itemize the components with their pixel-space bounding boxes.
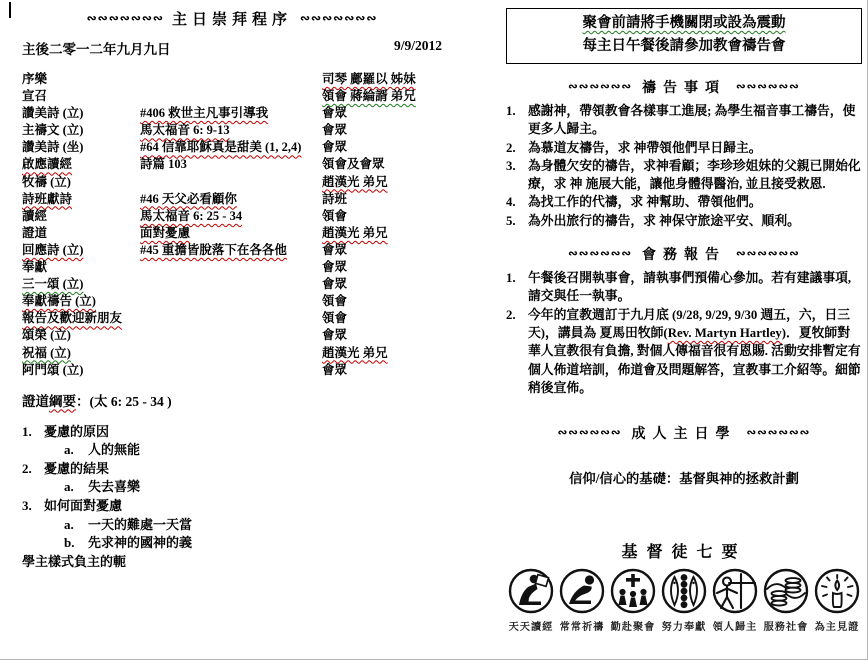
- list-item: 2.為慕道友禱告，求 神帶領他們早日歸主。: [506, 139, 862, 157]
- page-title: ∾∾∾∾∾∾∾主日崇拜程序∾∾∾∾∾∾∾: [22, 8, 442, 29]
- wave-ornament: ∾∾∾∾∾∾: [568, 81, 632, 93]
- program-row: 回應詩 (立)#45 重擔皆脫落下在各各他會眾: [22, 242, 442, 259]
- outline-footer: 學主樣式負主的軛: [22, 553, 442, 572]
- date-chinese: 主後二零一二年九月九日: [22, 38, 171, 58]
- read-bible-icon: [507, 567, 555, 615]
- report-list: 1.午餐後召開執事會，請執事們預備心參加。若有建議事項, 請交與任一執事。 2.…: [506, 269, 862, 397]
- list-item: 1.感謝神，帶領教會各樣事工進展; 為學生福音事工禱告，使更多人歸主。: [506, 102, 862, 139]
- date-numeric: 9/9/2012: [394, 38, 442, 58]
- essential-offering: 努力奉獻: [659, 567, 709, 633]
- essential-label: 常常祈禱: [560, 618, 605, 633]
- notice-box: 聚會前請將手機關閉或設為震動 每主日午餐後請參加教會禱告會: [506, 8, 862, 64]
- worship-program-column: ∾∾∾∾∾∾∾主日崇拜程序∾∾∾∾∾∾∾ 主後二零一二年九月九日 9/9/201…: [22, 8, 442, 571]
- essential-label: 天天讀經: [509, 618, 554, 633]
- program-row: 主禱文 (立)馬太福音 6: 9-13會眾: [22, 122, 442, 139]
- program-row: 讀經馬太福音 6: 25 - 34領會: [22, 208, 442, 225]
- list-item: 5.為外出旅行的禱告，求 神保守旅途平安、順利。: [506, 212, 862, 230]
- program-table: 序樂司琴 鄺羅以 姊妹 宣召領會 蔣綸諝 弟兄 讚美詩 (立)#406 救世主凡…: [22, 71, 442, 379]
- outline-item: 3.如何面對憂慮: [22, 497, 442, 516]
- outline-subitem: a.人的無能: [22, 441, 442, 460]
- pray-kneeling-icon: [558, 567, 606, 615]
- wave-ornament: ∾∾∾∾∾∾: [558, 427, 622, 439]
- text-cursor: [9, 2, 11, 18]
- program-row: 啟應讀經詩篇 103領會及會眾: [22, 156, 442, 173]
- program-row: 奉獻禱告 (立)領會: [22, 293, 442, 310]
- program-row: 頌榮 (立)會眾: [22, 327, 442, 344]
- announcements-column: 聚會前請將手機關閉或設為震動 每主日午餐後請參加教會禱告會 ∾∾∾∾∾∾禱告事項…: [506, 8, 862, 633]
- program-row: 讚美詩 (立)#406 救世主凡事引導我會眾: [22, 105, 442, 122]
- chain-ornament-right: ∾∾∾∾∾∾∾: [300, 11, 377, 25]
- list-item: 2.今年的宣教週訂于九月底 (9/28, 9/29, 9/30 週五，六，日三天…: [506, 306, 862, 397]
- program-row: 詩班獻詩#46 天父必看顧你詩班: [22, 191, 442, 208]
- notice-line-2: 每主日午餐後請參加教會禱告會: [513, 35, 855, 58]
- wave-ornament: ∾∾∾∾∾∾: [736, 248, 800, 260]
- essential-serve-society: 服務社會: [761, 567, 811, 633]
- church-gathering-icon: [609, 567, 657, 615]
- program-row: 阿門頌 (立)會眾: [22, 362, 442, 379]
- notice-line-1: 聚會前請將手機關閉或設為震動: [513, 12, 855, 35]
- program-row: 祝福 (立)趙漢光 弟兄: [22, 345, 442, 362]
- essential-label: 為主見證: [815, 618, 860, 633]
- date-row: 主後二零一二年九月九日 9/9/2012: [22, 38, 442, 58]
- program-row: 奉獻會眾: [22, 259, 442, 276]
- outline-subitem: b.先求神的國神的義: [22, 534, 442, 553]
- sunday-school-topic: 信仰/信心的基礎：基督與神的拯救計劃: [506, 468, 862, 487]
- program-row: 牧禱 (立)趙漢光 弟兄: [22, 174, 442, 191]
- wave-ornament: ∾∾∾∾∾∾: [736, 81, 800, 93]
- outline-subitem: a.一天的難處一天當: [22, 516, 442, 535]
- wave-ornament: ∾∾∾∾∾∾: [568, 248, 632, 260]
- chain-ornament-left: ∾∾∾∾∾∾∾: [87, 11, 164, 25]
- essential-label: 勤赴聚會: [611, 618, 656, 633]
- fish-coins-offering-icon: [660, 567, 708, 615]
- sermon-outline-heading: 證道綱要：(太 6: 25 - 34 ): [22, 390, 442, 410]
- seven-essentials-icons: 天天讀經 常常祈禱: [506, 567, 862, 633]
- essential-attend-meetings: 勤赴聚會: [608, 567, 658, 633]
- seven-essentials-title: 基督徒七要: [506, 539, 862, 562]
- prayer-section-heading: ∾∾∾∾∾∾禱告事項∾∾∾∾∾∾: [506, 77, 862, 97]
- church-bulletin-page: { "left": { "title": {"orn_left": "∾∾∾∾∾…: [0, 0, 868, 660]
- essential-lead-to-christ: 領人歸主: [710, 567, 760, 633]
- essential-label: 服務社會: [764, 618, 809, 633]
- serving-hands-icon: [762, 567, 810, 615]
- wave-ornament: ∾∾∾∾∾∾: [747, 427, 811, 439]
- speaker-name: Rev. Martyn Hartley: [668, 326, 782, 340]
- essential-witness: 為主見證: [812, 567, 862, 633]
- essential-label: 領人歸主: [713, 618, 758, 633]
- candle-light-icon: [813, 567, 861, 615]
- outline-item: 1.憂慮的原因: [22, 423, 442, 442]
- list-item: 4.為找工作的代禱，求 神幫助、帶領他們。: [506, 193, 862, 211]
- list-item: 3.為身體欠安的禱告，求神看顧；李珍珍姐妹的父親已開始化療，求 神 施展大能，讓…: [506, 157, 862, 194]
- essential-read-bible: 天天讀經: [506, 567, 556, 633]
- person-cross-icon: [711, 567, 759, 615]
- list-item: 1.午餐後召開執事會，請執事們預備心參加。若有建議事項, 請交與任一執事。: [506, 269, 862, 306]
- outline-subitem: a.失去喜樂: [22, 478, 442, 497]
- essential-pray: 常常祈禱: [557, 567, 607, 633]
- program-row: 序樂司琴 鄺羅以 姊妹: [22, 71, 442, 88]
- program-row: 三一頌 (立)會眾: [22, 276, 442, 293]
- essential-label: 努力奉獻: [662, 618, 707, 633]
- sunday-school-heading: ∾∾∾∾∾∾成人主日學∾∾∾∾∾∾: [506, 423, 862, 443]
- report-section-heading: ∾∾∾∾∾∾會務報告∾∾∾∾∾∾: [506, 244, 862, 264]
- prayer-list: 1.感謝神，帶領教會各樣事工進展; 為學生福音事工禱告，使更多人歸主。 2.為慕…: [506, 102, 862, 230]
- program-row: 報告及歡迎新朋友領會: [22, 310, 442, 327]
- program-row: 證道面對憂慮趙漢光 弟兄: [22, 225, 442, 242]
- program-row: 宣召領會 蔣綸諝 弟兄: [22, 88, 442, 105]
- outline-item: 2.憂慮的結果: [22, 460, 442, 479]
- program-row: 讚美詩 (坐)#64 信靠耶穌真是甜美 (1, 2,4)會眾: [22, 139, 442, 156]
- seven-essentials: 基督徒七要 天天讀經 常常祈禱: [506, 539, 862, 633]
- sermon-outline: 1.憂慮的原因 a.人的無能 2.憂慮的結果 a.失去喜樂 3.如何面對憂慮 a…: [22, 423, 442, 572]
